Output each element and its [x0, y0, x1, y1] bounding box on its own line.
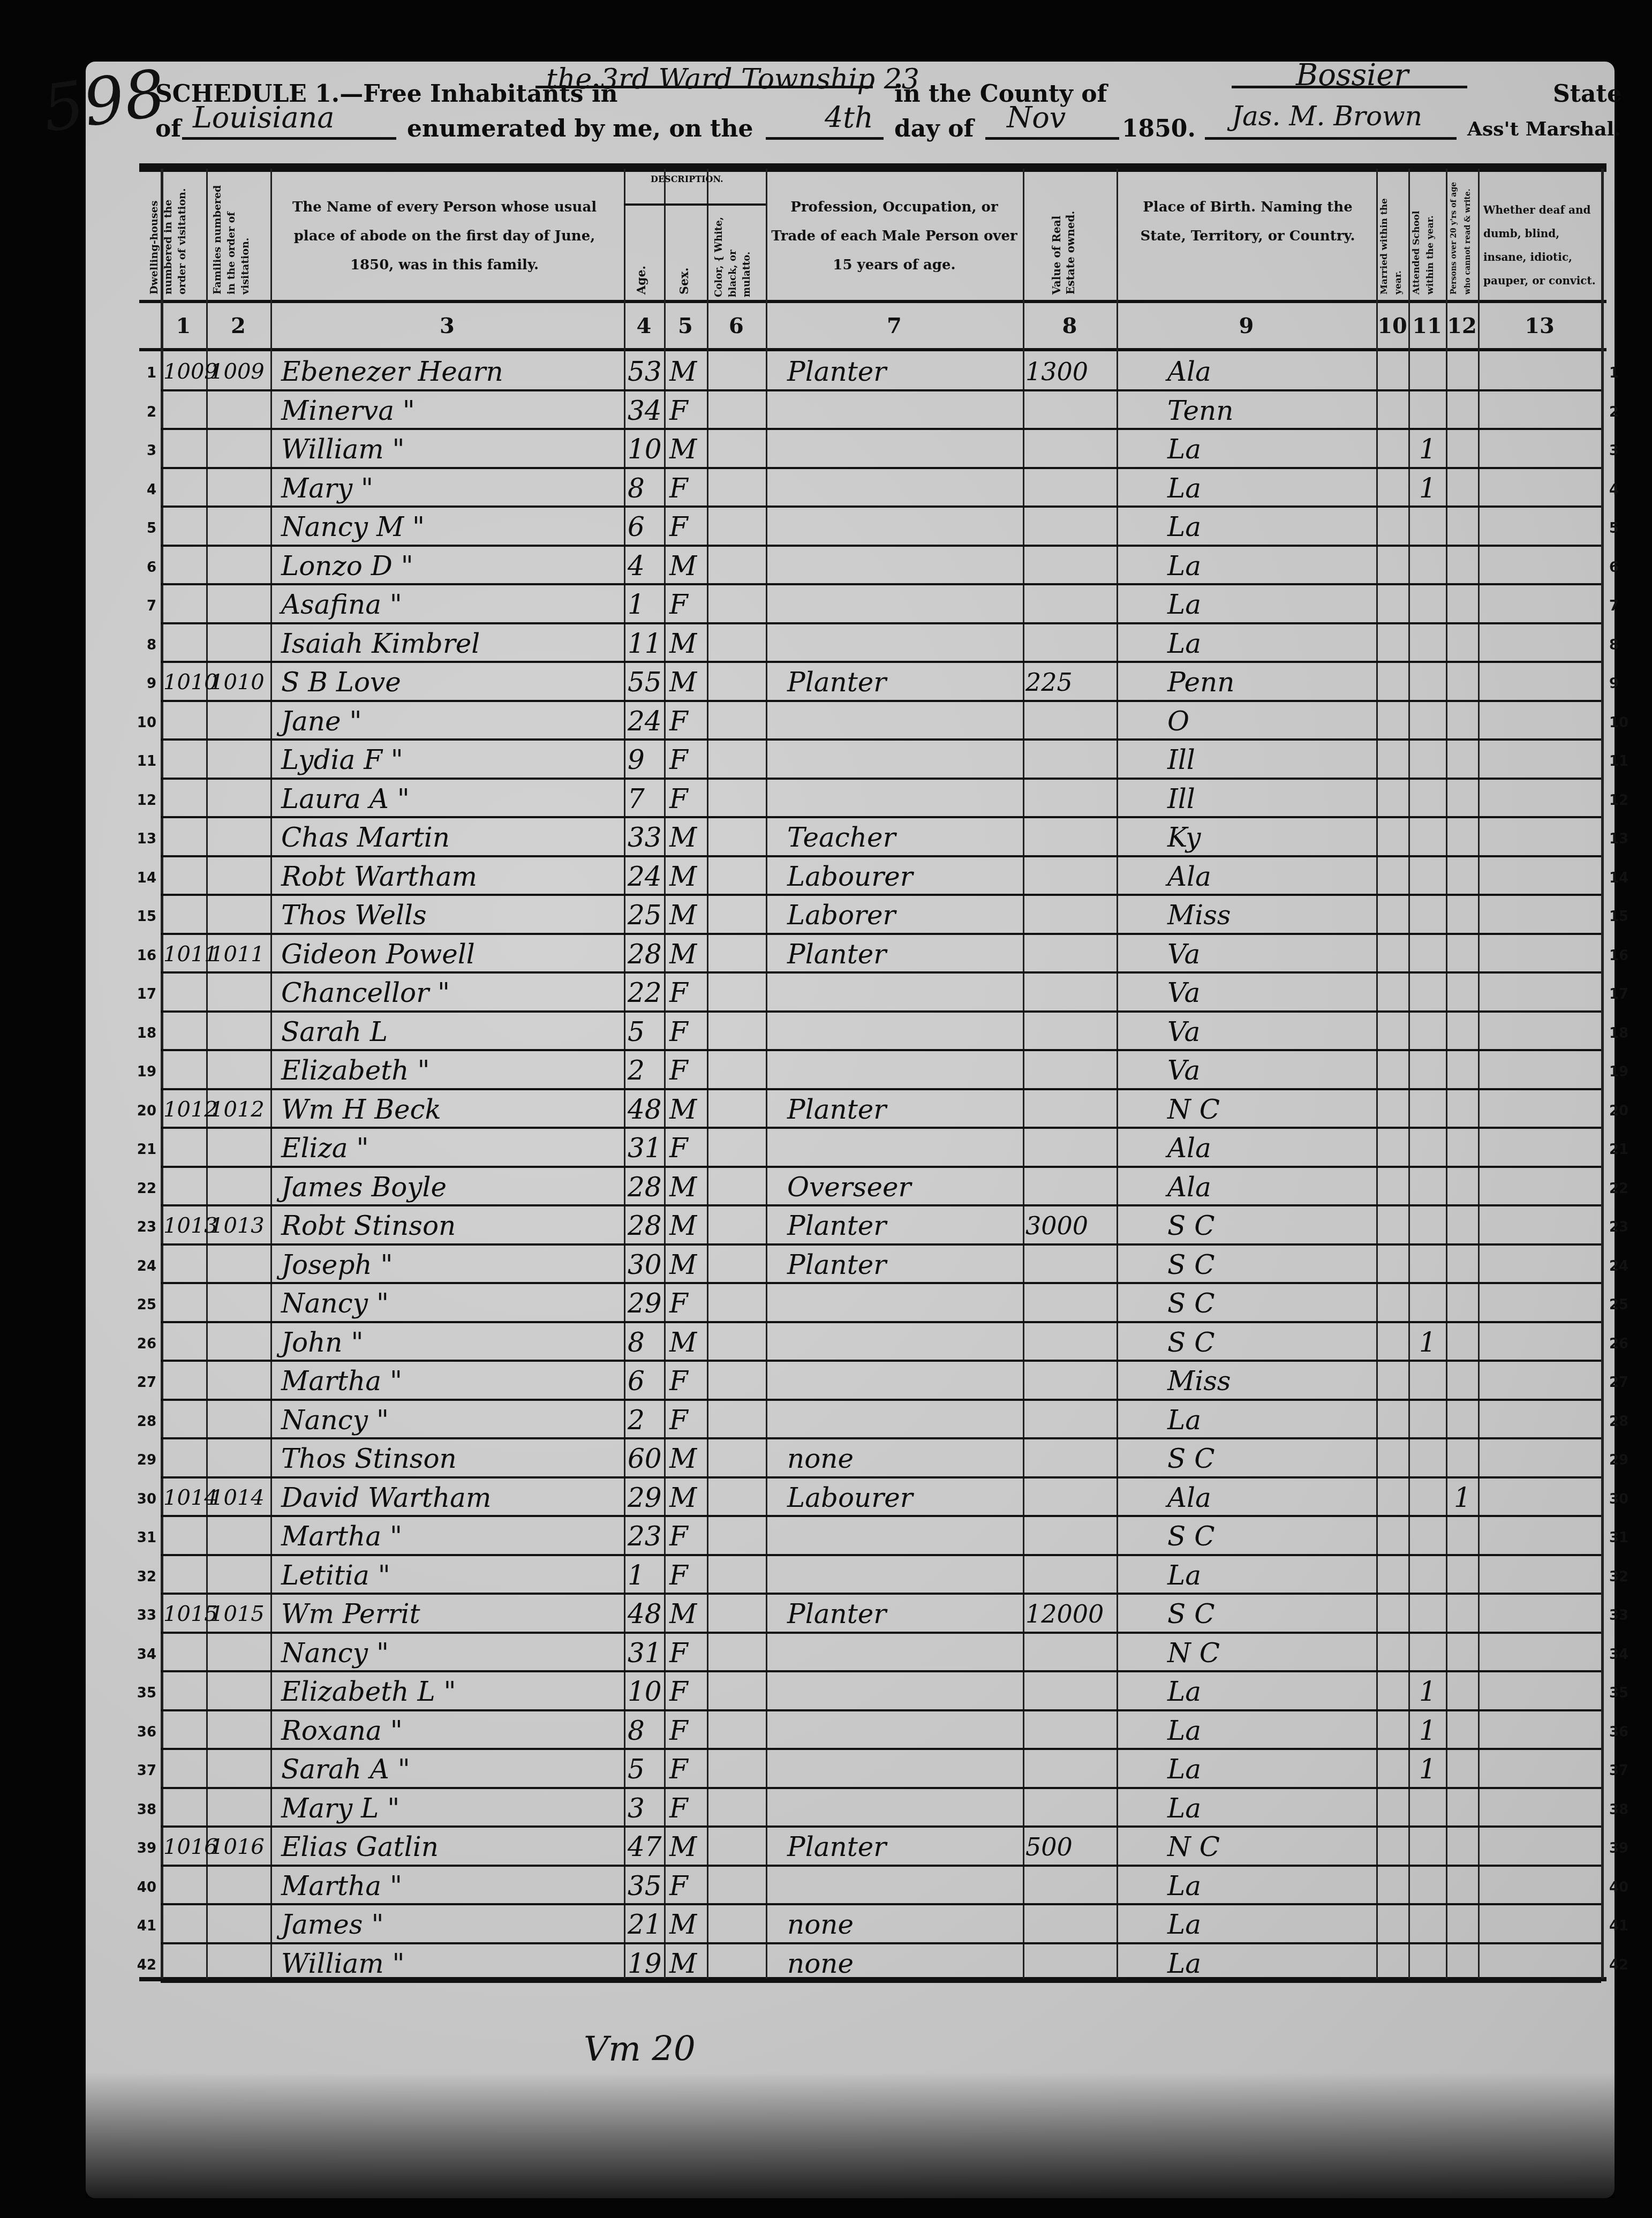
- line-number-right: 25: [1609, 1297, 1641, 1313]
- line-number-right: 28: [1609, 1414, 1641, 1430]
- col10-title: Married within the year.: [1377, 182, 1407, 295]
- age: 6: [628, 1365, 645, 1397]
- row-rule: [161, 1127, 1601, 1129]
- birthplace: S C: [1167, 1287, 1215, 1319]
- row-rule: [161, 1903, 1601, 1905]
- attended-school: 1: [1419, 1753, 1436, 1785]
- real-estate-value: 500: [1025, 1831, 1073, 1863]
- person-name: Sarah A ": [281, 1753, 410, 1785]
- sex: F: [669, 1287, 688, 1319]
- county-underline: [1232, 86, 1467, 88]
- age: 35: [628, 1870, 662, 1902]
- column-divider: [1023, 169, 1024, 1979]
- age: 31: [628, 1132, 662, 1164]
- row-rule: [161, 1825, 1601, 1828]
- age: 31: [628, 1637, 662, 1669]
- line-number-right: 6: [1609, 560, 1641, 576]
- sex: F: [669, 1715, 688, 1747]
- line-number-left: 40: [124, 1880, 156, 1896]
- line-number-left: 37: [124, 1763, 156, 1779]
- line-number-right: 10: [1609, 715, 1641, 731]
- state-value: Louisiana: [193, 101, 335, 134]
- birthplace: La: [1167, 511, 1201, 543]
- description-label: DESCRIPTION.: [651, 174, 723, 184]
- age: 3: [628, 1792, 645, 1824]
- age: 60: [628, 1443, 662, 1475]
- birthplace: S C: [1167, 1326, 1215, 1359]
- occupation: Planter: [787, 1093, 886, 1126]
- person-name: Nancy M ": [281, 511, 425, 543]
- age: 47: [628, 1831, 662, 1863]
- occupation: Planter: [787, 1249, 886, 1281]
- column-divider: [270, 169, 272, 1979]
- line-number-right: 20: [1609, 1103, 1641, 1119]
- occupation: Laborer: [787, 899, 896, 931]
- row-rule: [161, 1593, 1601, 1595]
- column-divider: [1478, 169, 1480, 1979]
- line-number-right: 24: [1609, 1258, 1641, 1274]
- age: 8: [628, 1326, 645, 1359]
- age: 33: [628, 821, 662, 854]
- birthplace: N C: [1167, 1831, 1220, 1863]
- line-number-left: 26: [124, 1336, 156, 1352]
- occupation: Overseer: [787, 1171, 911, 1203]
- row-rule: [161, 1282, 1601, 1284]
- column-divider: [1446, 169, 1447, 1979]
- row-rule: [161, 467, 1601, 469]
- row-rule: [161, 1515, 1601, 1517]
- column-divider: [1601, 169, 1604, 1979]
- age: 29: [628, 1287, 662, 1319]
- row-rule: [161, 583, 1601, 585]
- person-name: Isaiah Kimbrel: [281, 628, 480, 660]
- person-name: Chas Martin: [281, 821, 450, 854]
- sex: M: [669, 821, 697, 854]
- line-number-left: 3: [124, 443, 156, 459]
- sex: M: [669, 1598, 697, 1630]
- line-number-left: 5: [124, 520, 156, 537]
- line-number-left: 42: [124, 1957, 156, 1973]
- person-name: William ": [281, 1948, 405, 1980]
- line-number-right: 14: [1609, 870, 1641, 886]
- marshal-underline: [1205, 137, 1457, 140]
- row-rule: [161, 1321, 1601, 1323]
- line-number-left: 24: [124, 1258, 156, 1274]
- line-number-right: 15: [1609, 909, 1641, 925]
- column-divider: [766, 169, 767, 1979]
- line-number-left: 29: [124, 1452, 156, 1468]
- birthplace: La: [1167, 433, 1201, 465]
- age: 34: [628, 395, 662, 427]
- sex: F: [669, 744, 688, 776]
- birthplace: S C: [1167, 1520, 1215, 1552]
- line-number-right: 32: [1609, 1569, 1641, 1585]
- line-number-right: 26: [1609, 1336, 1641, 1352]
- row-rule: [161, 738, 1601, 741]
- line-number-left: 38: [124, 1802, 156, 1818]
- row-rule: [161, 1632, 1601, 1634]
- age: 48: [628, 1598, 662, 1630]
- family-number: 1010: [210, 666, 265, 698]
- person-name: Jane ": [281, 705, 362, 737]
- column-number: 11: [1408, 313, 1446, 338]
- birthplace: La: [1167, 589, 1201, 621]
- person-name: Lydia F ": [281, 744, 403, 776]
- birthplace: La: [1167, 1559, 1201, 1591]
- family-number: 1012: [210, 1093, 265, 1126]
- sex: M: [669, 1948, 697, 1980]
- row-rule: [161, 1748, 1601, 1750]
- occupation: Teacher: [787, 821, 896, 854]
- line-number-left: 14: [124, 870, 156, 886]
- line-number-right: 40: [1609, 1880, 1641, 1896]
- colnum-bottom-rule: [139, 348, 1606, 351]
- line-number-left: 41: [124, 1918, 156, 1934]
- year-label: 1850.: [1122, 115, 1196, 142]
- line-number-right: 37: [1609, 1763, 1641, 1779]
- line-number-right: 5: [1609, 520, 1641, 537]
- birthplace: La: [1167, 1715, 1201, 1747]
- col12-title: Persons over 20 y'rs of age who cannot r…: [1447, 177, 1476, 295]
- row-rule: [161, 1437, 1601, 1439]
- attended-school: 1: [1419, 472, 1436, 504]
- sex: F: [669, 1365, 688, 1397]
- marshal-name: Jas. M. Brown: [1232, 101, 1422, 132]
- sex: F: [669, 705, 688, 737]
- age: 24: [628, 861, 662, 893]
- person-name: Eliza ": [281, 1132, 369, 1164]
- line-number-left: 33: [124, 1608, 156, 1624]
- line-number-left: 17: [124, 986, 156, 1002]
- person-name: Elias Gatlin: [281, 1831, 439, 1863]
- birthplace: La: [1167, 472, 1201, 504]
- state-label: State: [1553, 80, 1622, 108]
- age: 19: [628, 1948, 662, 1980]
- family-number: 1015: [210, 1598, 265, 1630]
- col7-title: Profession, Occupation, or Trade of each…: [771, 193, 1017, 280]
- sex: F: [669, 472, 688, 504]
- person-name: Sarah L: [281, 1016, 388, 1048]
- person-name: S B Love: [281, 666, 401, 698]
- line-number-right: 13: [1609, 831, 1641, 847]
- row-rule: [161, 428, 1601, 430]
- column-number: 7: [766, 313, 1023, 338]
- person-name: David Wartham: [281, 1482, 491, 1514]
- age: 53: [628, 356, 662, 388]
- age: 2: [628, 1054, 645, 1087]
- real-estate-value: 12000: [1025, 1598, 1104, 1630]
- line-number-right: 16: [1609, 948, 1641, 964]
- birthplace: La: [1167, 1676, 1201, 1708]
- column-divider: [206, 169, 208, 1979]
- row-rule: [161, 855, 1601, 857]
- person-name: Asafina ": [281, 589, 402, 621]
- line-number-right: 35: [1609, 1685, 1641, 1701]
- occupation: Labourer: [787, 861, 913, 893]
- age: 9: [628, 744, 645, 776]
- birthplace: Ala: [1167, 1132, 1211, 1164]
- family-number: 1016: [210, 1831, 265, 1863]
- person-name: John ": [281, 1326, 363, 1359]
- person-name: Elizabeth L ": [281, 1676, 456, 1708]
- column-divider: [664, 169, 666, 1979]
- birthplace: Ill: [1167, 783, 1195, 815]
- person-name: Letitia ": [281, 1559, 390, 1591]
- line-number-right: 12: [1609, 793, 1641, 809]
- col1-title: Dwelling-houses numbered in the order of…: [147, 182, 198, 295]
- line-number-right: 29: [1609, 1452, 1641, 1468]
- day-underline: [766, 137, 884, 140]
- col4-title: Age.: [635, 252, 651, 295]
- birthplace: La: [1167, 1792, 1201, 1824]
- sex: F: [669, 1870, 688, 1902]
- age: 23: [628, 1520, 662, 1552]
- line-number-left: 10: [124, 715, 156, 731]
- column-number: 9: [1117, 313, 1376, 338]
- sex: F: [669, 977, 688, 1009]
- line-number-right: 21: [1609, 1142, 1641, 1158]
- occupation: none: [787, 1443, 854, 1475]
- line-number-left: 16: [124, 948, 156, 964]
- sex: F: [669, 1753, 688, 1785]
- birthplace: Va: [1167, 1054, 1200, 1087]
- age: 22: [628, 977, 662, 1009]
- attended-school: 1: [1419, 1326, 1436, 1359]
- age: 8: [628, 1715, 645, 1747]
- column-divider: [707, 169, 708, 1979]
- person-name: Nancy ": [281, 1404, 389, 1436]
- birthplace: S C: [1167, 1249, 1215, 1281]
- birthplace: Miss: [1167, 1365, 1231, 1397]
- row-rule: [161, 1360, 1601, 1362]
- day-of-label: day of: [894, 115, 974, 142]
- line-number-right: 23: [1609, 1219, 1641, 1235]
- real-estate-value: 3000: [1025, 1210, 1088, 1242]
- line-number-left: 8: [124, 637, 156, 653]
- sex: M: [669, 550, 697, 582]
- line-number-left: 23: [124, 1219, 156, 1235]
- line-number-right: 27: [1609, 1375, 1641, 1391]
- person-name: Roxana ": [281, 1715, 403, 1747]
- sex: M: [669, 356, 697, 388]
- attended-school: 1: [1419, 1676, 1436, 1708]
- line-number-left: 22: [124, 1181, 156, 1197]
- row-rule: [161, 700, 1601, 702]
- age: 25: [628, 899, 662, 931]
- col13-title: Whether deaf and dumb, blind, insane, id…: [1483, 198, 1598, 292]
- person-name: Ebenezer Hearn: [281, 356, 503, 388]
- sex: F: [669, 589, 688, 621]
- line-number-right: 9: [1609, 676, 1641, 692]
- column-number: 13: [1478, 313, 1601, 338]
- birthplace: Miss: [1167, 899, 1231, 931]
- age: 5: [628, 1016, 645, 1048]
- of-label: of: [155, 115, 181, 142]
- line-number-right: 19: [1609, 1064, 1641, 1080]
- sex: F: [669, 1054, 688, 1087]
- age: 4: [628, 550, 645, 582]
- sex: M: [669, 1908, 697, 1941]
- line-number-left: 27: [124, 1375, 156, 1391]
- sex: M: [669, 628, 697, 660]
- person-name: Thos Wells: [281, 899, 427, 931]
- column-divider: [1376, 169, 1378, 1979]
- birthplace: N C: [1167, 1637, 1220, 1669]
- birthplace: S C: [1167, 1598, 1215, 1630]
- column-divider: [1408, 169, 1410, 1979]
- sex: F: [669, 1132, 688, 1164]
- col3-title: The Name of every Person whose usual pla…: [278, 193, 610, 280]
- birthplace: La: [1167, 1753, 1201, 1785]
- sex: M: [669, 861, 697, 893]
- age: 1: [628, 589, 645, 621]
- row-rule: [161, 933, 1601, 935]
- line-number-right: 38: [1609, 1802, 1641, 1818]
- line-number-right: 30: [1609, 1491, 1641, 1507]
- person-name: Minerva ": [281, 395, 415, 427]
- row-rule: [161, 1709, 1601, 1711]
- person-name: Chancellor ": [281, 977, 450, 1009]
- birthplace: La: [1167, 550, 1201, 582]
- line-number-left: 11: [124, 753, 156, 769]
- birthplace: Penn: [1167, 666, 1234, 698]
- age: 21: [628, 1908, 662, 1941]
- person-name: Martha ": [281, 1365, 402, 1397]
- sex: M: [669, 1210, 697, 1242]
- family-number: 1013: [210, 1210, 265, 1242]
- row-rule: [161, 1204, 1601, 1206]
- column-number: 2: [206, 313, 270, 338]
- row-rule: [161, 894, 1601, 896]
- row-rule: [161, 778, 1601, 780]
- row-rule: [161, 1554, 1601, 1556]
- row-rule: [161, 545, 1601, 547]
- person-name: Wm H Beck: [281, 1093, 441, 1126]
- month-value: Nov: [1007, 101, 1066, 134]
- page-shadow: [86, 2072, 1615, 2198]
- occupation: Planter: [787, 1598, 886, 1630]
- person-name: Thos Stinson: [281, 1443, 457, 1475]
- sex: F: [669, 1792, 688, 1824]
- column-divider: [1117, 169, 1118, 1979]
- line-number-right: 34: [1609, 1647, 1641, 1663]
- family-number: 1009: [210, 356, 265, 388]
- age: 8: [628, 472, 645, 504]
- line-number-left: 31: [124, 1530, 156, 1546]
- real-estate-value: 1300: [1025, 356, 1088, 388]
- person-name: Lonzo D ": [281, 550, 413, 582]
- birthplace: S C: [1167, 1443, 1215, 1475]
- column-divider: [624, 169, 625, 1979]
- age: 10: [628, 433, 662, 465]
- occupation: Planter: [787, 1831, 886, 1863]
- person-name: Martha ": [281, 1870, 402, 1902]
- age: 6: [628, 511, 645, 543]
- row-rule: [161, 816, 1601, 818]
- col6-title: Color, { White, black, or mulatto.: [712, 209, 760, 297]
- person-name: Gideon Powell: [281, 938, 475, 970]
- col5-title: Sex.: [677, 252, 693, 295]
- line-number-left: 20: [124, 1103, 156, 1119]
- person-name: Nancy ": [281, 1287, 389, 1319]
- sex: M: [669, 938, 697, 970]
- person-name: Mary ": [281, 472, 373, 504]
- row-rule: [161, 1787, 1601, 1789]
- person-name: Mary L ": [281, 1792, 399, 1824]
- line-number-right: 4: [1609, 482, 1641, 498]
- sex: F: [669, 511, 688, 543]
- person-name: Robt Wartham: [281, 861, 477, 893]
- sex: F: [669, 395, 688, 427]
- birthplace: N C: [1167, 1093, 1220, 1126]
- line-number-right: 11: [1609, 753, 1641, 769]
- line-number-right: 31: [1609, 1530, 1641, 1546]
- row-rule: [161, 1399, 1601, 1401]
- line-number-left: 36: [124, 1724, 156, 1740]
- line-number-left: 15: [124, 909, 156, 925]
- person-name: James Boyle: [281, 1171, 447, 1203]
- row-rule: [161, 506, 1601, 508]
- month-underline: [985, 137, 1119, 140]
- sex: M: [669, 1093, 697, 1126]
- birthplace: Va: [1167, 938, 1200, 970]
- person-name: William ": [281, 433, 405, 465]
- cannot-read-write: 1: [1454, 1482, 1471, 1514]
- column-number: 8: [1023, 313, 1117, 338]
- birthplace: La: [1167, 1948, 1201, 1980]
- birthplace: Ala: [1167, 356, 1211, 388]
- state-underline: [182, 137, 396, 140]
- age: 30: [628, 1249, 662, 1281]
- age: 1: [628, 1559, 645, 1591]
- birthplace: Ala: [1167, 1171, 1211, 1203]
- occupation: none: [787, 1908, 854, 1941]
- birthplace: La: [1167, 1404, 1201, 1436]
- person-name: Laura A ": [281, 783, 410, 815]
- age: 55: [628, 666, 662, 698]
- row-rule: [161, 661, 1601, 663]
- line-number-left: 7: [124, 598, 156, 614]
- sex: F: [669, 1016, 688, 1048]
- line-number-right: 17: [1609, 986, 1641, 1002]
- attended-school: 1: [1419, 433, 1436, 465]
- row-rule: [161, 1981, 1601, 1983]
- sex: M: [669, 1249, 697, 1281]
- real-estate-value: 225: [1025, 666, 1073, 698]
- line-number-left: 6: [124, 560, 156, 576]
- line-number-right: 42: [1609, 1957, 1641, 1973]
- line-number-right: 36: [1609, 1724, 1641, 1740]
- line-number-right: 3: [1609, 443, 1641, 459]
- line-number-right: 39: [1609, 1840, 1641, 1857]
- occupation: Planter: [787, 666, 886, 698]
- birthplace: La: [1167, 1908, 1201, 1941]
- row-rule: [161, 1166, 1601, 1168]
- age: 28: [628, 1210, 662, 1242]
- occupation: none: [787, 1948, 854, 1980]
- sex: M: [669, 899, 697, 931]
- age: 28: [628, 1171, 662, 1203]
- birthplace: S C: [1167, 1210, 1215, 1242]
- sex: M: [669, 433, 697, 465]
- day-value: 4th: [825, 101, 873, 134]
- birthplace: Va: [1167, 977, 1200, 1009]
- district-underline: [535, 86, 873, 88]
- birthplace: La: [1167, 1870, 1201, 1902]
- row-rule: [161, 1865, 1601, 1867]
- attended-school: 1: [1419, 1715, 1436, 1747]
- sex: F: [669, 1676, 688, 1708]
